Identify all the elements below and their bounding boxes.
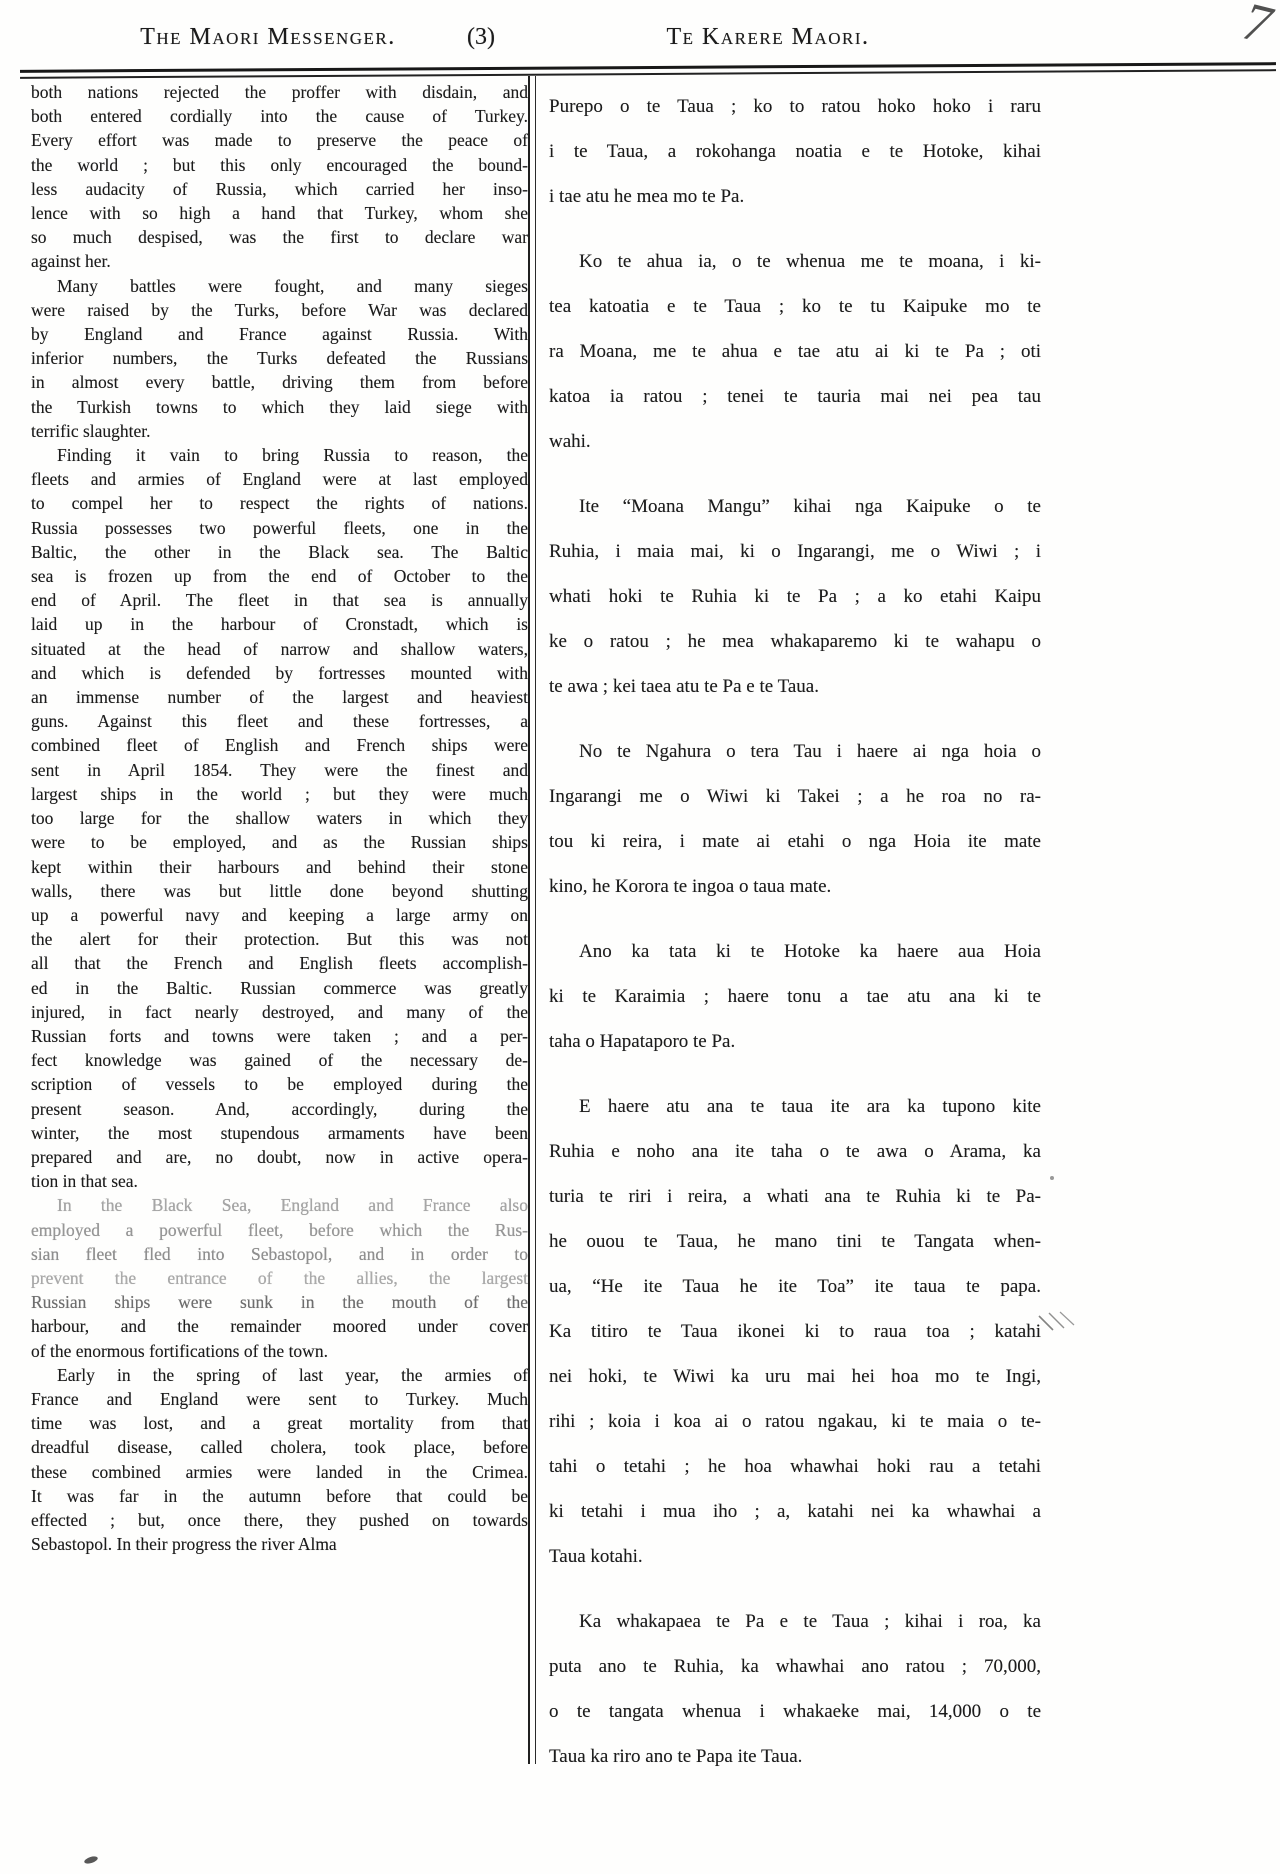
text-line: end of April. The fleet in that sea is a… [31, 588, 528, 612]
text-line: all that the French and English fleets a… [31, 951, 528, 975]
text-line: winter, the most stupendous armaments ha… [31, 1121, 528, 1145]
text-line: Ite “Moana Mangu” kihai nga Kaipuke o te [549, 484, 1041, 529]
text-line: turia te riri i reira, a whati ana te Ru… [549, 1174, 1041, 1219]
paragraph: Ite “Moana Mangu” kihai nga Kaipuke o te… [549, 484, 1041, 709]
text-line: whati hoki te Ruhia ki te Pa ; a ko etah… [549, 574, 1041, 619]
text-line: lence with so high a hand that Turkey, w… [31, 201, 528, 225]
text-line: harbour, and the remainder moored under … [31, 1314, 528, 1338]
text-line: rihi ; koia i koa ai o ratou ngakau, ki … [549, 1399, 1041, 1444]
text-line: ki tetahi i mua iho ; a, katahi nei ka w… [549, 1489, 1041, 1534]
text-line: these combined armies were landed in the… [31, 1460, 528, 1484]
text-line: largest ships in the world ; but they we… [31, 782, 528, 806]
english-column: both nations rejected the proffer with d… [31, 80, 528, 1556]
text-line: Russian ships were sunk in the mouth of … [31, 1290, 528, 1314]
text-line: Purepo o te Taua ; ko to ratou hoko hoko… [549, 84, 1041, 129]
text-line: employed a powerful fleet, before which … [31, 1218, 528, 1242]
text-line: Baltic, the other in the Black sea. The … [31, 540, 528, 564]
text-line: up a powerful navy and keeping a large a… [31, 903, 528, 927]
text-line: ed in the Baltic. Russian commerce was g… [31, 976, 528, 1000]
text-line: ra Moana, me te ahua e tae atu ai ki te … [549, 329, 1041, 374]
text-line: were raised by the Turks, before War was… [31, 298, 528, 322]
paragraph: Early in the spring of last year, the ar… [31, 1363, 528, 1557]
text-line: both nations rejected the proffer with d… [31, 80, 528, 104]
text-line: combined fleet of English and French shi… [31, 733, 528, 757]
masthead-english: The Maori Messenger. [128, 24, 408, 51]
text-line: Taua kotahi. [549, 1534, 1041, 1579]
text-line: kept within their harbours and behind th… [31, 855, 528, 879]
text-line: tahi o tetahi ; he hoa whawhai hoki rau … [549, 1444, 1041, 1489]
paragraph: No te Ngahura o tera Tau i haere ai nga … [549, 729, 1041, 909]
text-line: Ruhia e noho ana ite taha o te awa o Ara… [549, 1129, 1041, 1174]
text-line: in almost every battle, driving them fro… [31, 370, 528, 394]
text-line: Ingarangi me o Wiwi ki Takei ; a he roa … [549, 774, 1041, 819]
text-line: of the enormous fortifications of the to… [31, 1339, 528, 1363]
text-line: less audacity of Russia, which carried h… [31, 177, 528, 201]
text-line: situated at the head of narrow and shall… [31, 637, 528, 661]
text-line: the alert for their protection. But this… [31, 927, 528, 951]
text-line: an immense number of the largest and hea… [31, 685, 528, 709]
text-line: he ouou te Taua, he mano tini te Tangata… [549, 1219, 1041, 1264]
text-line: o te tangata whenua i whakaeke mai, 14,0… [549, 1689, 1041, 1734]
text-line: walls, there was but little done beyond … [31, 879, 528, 903]
text-line: Ka whakapaea te Pa e te Taua ; kihai i r… [549, 1599, 1041, 1644]
text-line: tion in that sea. [31, 1169, 528, 1193]
text-line: Every effort was made to preserve the pe… [31, 128, 528, 152]
text-line: too large for the shallow waters in whic… [31, 806, 528, 830]
text-line: and which is defended by fortresses moun… [31, 661, 528, 685]
text-line: prepared and are, no doubt, now in activ… [31, 1145, 528, 1169]
text-line: E haere atu ana te taua ite ara ka tupon… [549, 1084, 1041, 1129]
text-line: were to be employed, and as the Russian … [31, 830, 528, 854]
text-line: prevent the entrance of the allies, the … [31, 1266, 528, 1290]
text-line: No te Ngahura o tera Tau i haere ai nga … [549, 729, 1041, 774]
text-line: against her. [31, 249, 528, 273]
text-line: present season. And, accordingly, during… [31, 1097, 528, 1121]
text-line: Ka titiro te Taua ikonei ki to raua toa … [549, 1309, 1041, 1354]
column-divider-rule [528, 76, 536, 1764]
paragraph: E haere atu ana te taua ite ara ka tupon… [549, 1084, 1041, 1579]
text-line: kino, he Korora te ingoa o taua mate. [549, 864, 1041, 909]
text-line: Sebastopol. In their progress the river … [31, 1532, 528, 1556]
text-line: In the Black Sea, England and France als… [31, 1193, 528, 1217]
text-line: ua, “He ite Taua he ite Toa” ite taua te… [549, 1264, 1041, 1309]
text-line: Ruhia, i maia mai, ki o Ingarangi, me o … [549, 529, 1041, 574]
text-line: the world ; but this only encouraged the… [31, 153, 528, 177]
maori-column: Purepo o te Taua ; ko to ratou hoko hoko… [549, 84, 1041, 1799]
text-line: sian fleet fled into Sebastopol, and in … [31, 1242, 528, 1266]
text-line: inferior numbers, the Turks defeated the… [31, 346, 528, 370]
text-line: tea katoatia e te Taua ; ko te tu Kaipuk… [549, 284, 1041, 329]
text-line: sent in April 1854. They were the finest… [31, 758, 528, 782]
text-line: te awa ; kei taea atu te Pa e te Taua. [549, 664, 1041, 709]
text-line: fect knowledge was gained of the necessa… [31, 1048, 528, 1072]
text-line: tou ki reira, i mate ai etahi o nga Hoia… [549, 819, 1041, 864]
text-line: the Turkish towns to which they laid sie… [31, 395, 528, 419]
text-line: taha o Hapataporo te Pa. [549, 1019, 1041, 1064]
text-line: dreadful disease, called cholera, took p… [31, 1435, 528, 1459]
paragraph: Ko te ahua ia, o te whenua me te moana, … [549, 239, 1041, 464]
text-line: Early in the spring of last year, the ar… [31, 1363, 528, 1387]
page-header: The Maori Messenger. (3) Te Karere Maori… [0, 24, 1280, 64]
ink-speck [1050, 1176, 1054, 1180]
paragraph: Many battles were fought, and many siege… [31, 274, 528, 443]
text-line: Finding it vain to bring Russia to reaso… [31, 443, 528, 467]
text-line: katoa ia ratou ; tenei te tauria mai nei… [549, 374, 1041, 419]
paragraph: Finding it vain to bring Russia to reaso… [31, 443, 528, 1193]
text-line: so much despised, was the first to decla… [31, 225, 528, 249]
text-line: to compel her to respect the rights of n… [31, 491, 528, 515]
text-line: both entered cordially into the cause of… [31, 104, 528, 128]
text-line: Taua ka riro ano te Papa ite Taua. [549, 1734, 1041, 1779]
scan-corner-mark [83, 1855, 98, 1865]
masthead-maori: Te Karere Maori. [638, 24, 898, 51]
paragraph: In the Black Sea, England and France als… [31, 1193, 528, 1362]
text-line: i te Taua, a rokohanga noatia e te Hotok… [549, 129, 1041, 174]
text-line: Many battles were fought, and many siege… [31, 274, 528, 298]
text-line: injured, in fact nearly destroyed, and m… [31, 1000, 528, 1024]
newspaper-page: The Maori Messenger. (3) Te Karere Maori… [0, 0, 1280, 1874]
text-line: time was lost, and a great mortality fro… [31, 1411, 528, 1435]
text-line: terrific slaughter. [31, 419, 528, 443]
text-line: Ano ka tata ki te Hotoke ka haere aua Ho… [549, 929, 1041, 974]
text-line: scription of vessels to be employed duri… [31, 1072, 528, 1096]
text-line: nei hoki, te Wiwi ka uru mai hei hoa mo … [549, 1354, 1041, 1399]
header-double-rule [20, 62, 1276, 79]
page-number: (3) [438, 24, 524, 51]
text-line: by England and France against Russia. Wi… [31, 322, 528, 346]
text-line: Russian forts and towns were taken ; and… [31, 1024, 528, 1048]
text-line: fleets and armies of England were at las… [31, 467, 528, 491]
text-line: puta ano te Ruhia, ka whawhai ano ratou … [549, 1644, 1041, 1689]
text-line: It was far in the autumn before that cou… [31, 1484, 528, 1508]
text-line: effected ; but, once there, they pushed … [31, 1508, 528, 1532]
text-line: ke o ratou ; he mea whakaparemo ki te wa… [549, 619, 1041, 664]
text-line: ki te Karaimia ; haere tonu a tae atu an… [549, 974, 1041, 1019]
text-line: France and England were sent to Turkey. … [31, 1387, 528, 1411]
text-line: Russia possesses two powerful fleets, on… [31, 516, 528, 540]
text-line: sea is frozen up from the end of October… [31, 564, 528, 588]
paragraph: both nations rejected the proffer with d… [31, 80, 528, 274]
text-line: guns. Against this fleet and these fortr… [31, 709, 528, 733]
paragraph: Purepo o te Taua ; ko to ratou hoko hoko… [549, 84, 1041, 219]
paragraph: Ano ka tata ki te Hotoke ka haere aua Ho… [549, 929, 1041, 1064]
pen-scribble-icon [1036, 1310, 1080, 1354]
paragraph: Ka whakapaea te Pa e te Taua ; kihai i r… [549, 1599, 1041, 1779]
text-line: laid up in the harbour of Cronstadt, whi… [31, 612, 528, 636]
text-line: wahi. [549, 419, 1041, 464]
text-line: i tae atu he mea mo te Pa. [549, 174, 1041, 219]
text-line: Ko te ahua ia, o te whenua me te moana, … [549, 239, 1041, 284]
